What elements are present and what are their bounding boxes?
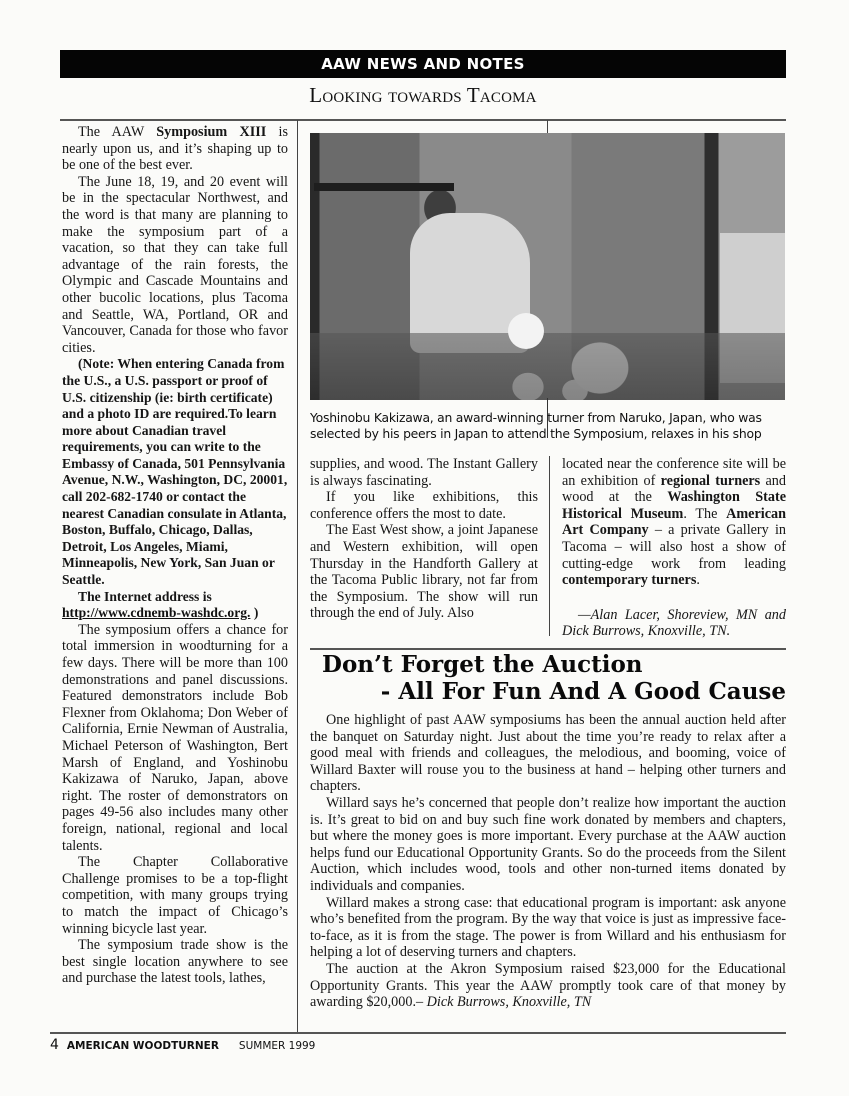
internet-address: The Internet address ishttp://www.cdnemb… <box>62 589 288 622</box>
paragraph: The East West show, a joint Japanese and… <box>310 522 538 622</box>
section-banner: AAW NEWS AND NOTES <box>60 50 786 78</box>
photo-kakizawa-shop <box>310 133 785 400</box>
banner-text: AAW NEWS AND NOTES <box>321 55 525 73</box>
middle-column: supplies, and wood. The Instant Gallery … <box>310 456 538 622</box>
paragraph: The AAW Symposium XIII is nearly upon us… <box>62 124 288 174</box>
page-title: Looking towards Tacoma <box>60 83 786 108</box>
column-divider <box>547 120 548 133</box>
paragraph: If you like exhibitions, this conference… <box>310 489 538 522</box>
paragraph: Willard says he’s concerned that people … <box>310 795 786 895</box>
page-footer: 4 AMERICAN WOODTURNER SUMMER 1999 <box>50 1037 315 1053</box>
column-divider <box>297 120 298 1033</box>
photo-caption: Yoshinobu Kakizawa, an award-winning tur… <box>310 410 790 442</box>
paragraph: The June 18, 19, and 20 event will be in… <box>62 174 288 357</box>
divider <box>310 648 786 650</box>
paragraph: The symposium offers a chance for total … <box>62 622 288 854</box>
divider <box>60 119 786 121</box>
right-column: located near the conference site will be… <box>562 456 786 640</box>
issue-date: SUMMER 1999 <box>239 1040 315 1052</box>
author-signature: —Alan Lacer, Shoreview, MN and Dick Burr… <box>562 607 786 640</box>
author-signature: Dick Burrows, Knoxville, TN <box>427 994 592 1010</box>
paragraph: The symposium trade show is the best sin… <box>62 937 288 987</box>
paragraph: One highlight of past AAW symposiums has… <box>310 712 786 795</box>
publication-name: AMERICAN WOODTURNER <box>67 1040 219 1052</box>
paragraph: located near the conference site will be… <box>562 456 786 589</box>
page-number: 4 <box>50 1037 59 1053</box>
paragraph: supplies, and wood. The Instant Gallery … <box>310 456 538 489</box>
paragraph: Willard makes a strong case: that educat… <box>310 895 786 961</box>
paragraph: The auction at the Akron Symposium raise… <box>310 961 786 1011</box>
auction-article: One highlight of past AAW symposiums has… <box>310 712 786 1011</box>
left-column: The AAW Symposium XIII is nearly upon us… <box>62 124 288 987</box>
divider <box>50 1032 786 1034</box>
embassy-link[interactable]: http://www.cdnemb-washdc.org. <box>62 605 250 620</box>
travel-note: (Note: When entering Canada from the U.S… <box>62 356 288 588</box>
paragraph: The Chapter Collaborative Challenge prom… <box>62 854 288 937</box>
article-headline: Don’t Forget the Auction - All For Fun A… <box>322 651 786 705</box>
column-divider <box>549 456 550 636</box>
